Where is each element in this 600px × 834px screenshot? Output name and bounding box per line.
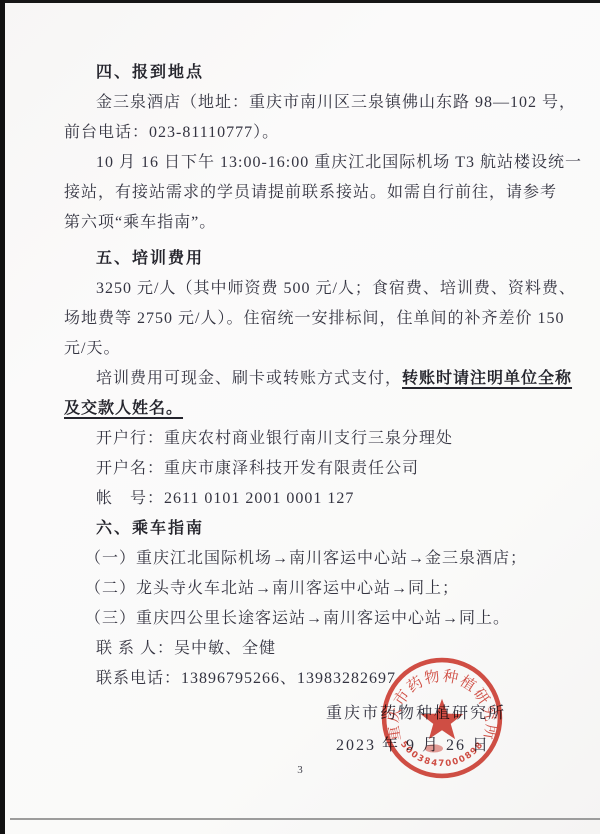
contact-person-line: 联 系 人：吴中敏、全健 bbox=[64, 634, 542, 664]
section5-fee-line3: 元/天。 bbox=[64, 334, 542, 364]
section4-pickup-line3: 第六项“乘车指南”。 bbox=[64, 208, 542, 238]
transfer-note-emphasis-part1: 转账时请注明单位全称 bbox=[402, 370, 572, 387]
section6-heading: 六、乘车指南 bbox=[64, 514, 542, 544]
section5-fee-line1: 3250 元/人（其中师资费 500 元/人；食宿费、培训费、资料费、 bbox=[64, 274, 542, 304]
route-line-1: （一）重庆江北国际机场→南川客运中心站→金三泉酒店； bbox=[64, 544, 542, 574]
route-line-3: （三）重庆四公里长途客运站→南川客运中心站→同上。 bbox=[64, 604, 542, 634]
scanned-document-page: 四、报到地点 金三泉酒店（地址：重庆市南川区三泉镇佛山东路 98—102 号， … bbox=[0, 0, 600, 834]
scan-edge-top bbox=[0, 0, 600, 3]
contact-phone-line: 联系电话：13896795266、13983282697 bbox=[64, 664, 542, 694]
signature-organization: 重庆市药物种植研究所 bbox=[64, 698, 542, 730]
section5-fee-line2: 场地费等 2750 元/人）。住宿统一安排标间，住单间的补齐差价 150 bbox=[64, 304, 542, 334]
section4-pickup-line1: 10 月 16 日下午 13:00-16:00 重庆江北国际机场 T3 航站楼设… bbox=[64, 148, 542, 178]
section5-heading: 五、培训费用 bbox=[64, 244, 542, 274]
route-line-2: （二）龙头寺火车北站→南川客运中心站→同上； bbox=[64, 574, 542, 604]
bank-account-number-line: 帐 号：2611 0101 2001 0001 127 bbox=[64, 484, 542, 514]
scan-edge-left bbox=[0, 0, 5, 834]
section5-payment-line2: 及交款人姓名。 bbox=[64, 394, 542, 424]
section4-hotel-line: 金三泉酒店（地址：重庆市南川区三泉镇佛山东路 98—102 号， bbox=[64, 88, 542, 118]
payment-methods-text: 培训费用可现金、刷卡或转账方式支付， bbox=[96, 370, 402, 387]
section4-pickup-line2: 接站，有接站需求的学员请提前联系接站。如需自行前往，请参考 bbox=[64, 178, 542, 208]
signature-date: 2023 年 9 月 26 日 bbox=[64, 730, 542, 762]
signature-block: 重庆市药物种植研究所 2023 年 9 月 26 日 bbox=[64, 698, 542, 762]
bank-account-name-line: 开户名：重庆市康泽科技开发有限责任公司 bbox=[64, 454, 542, 484]
transfer-note-emphasis-part2: 及交款人姓名。 bbox=[64, 400, 183, 417]
page-number: 3 bbox=[0, 764, 600, 776]
scan-edge-bottom-line bbox=[10, 818, 600, 820]
document-body: 四、报到地点 金三泉酒店（地址：重庆市南川区三泉镇佛山东路 98—102 号， … bbox=[64, 58, 542, 762]
bank-branch-line: 开户行：重庆农村商业银行南川支行三泉分理处 bbox=[64, 424, 542, 454]
section5-payment-line1: 培训费用可现金、刷卡或转账方式支付，转账时请注明单位全称 bbox=[64, 364, 542, 394]
section4-heading: 四、报到地点 bbox=[64, 58, 542, 88]
section4-phone-line: 前台电话：023-81110777）。 bbox=[64, 118, 542, 148]
